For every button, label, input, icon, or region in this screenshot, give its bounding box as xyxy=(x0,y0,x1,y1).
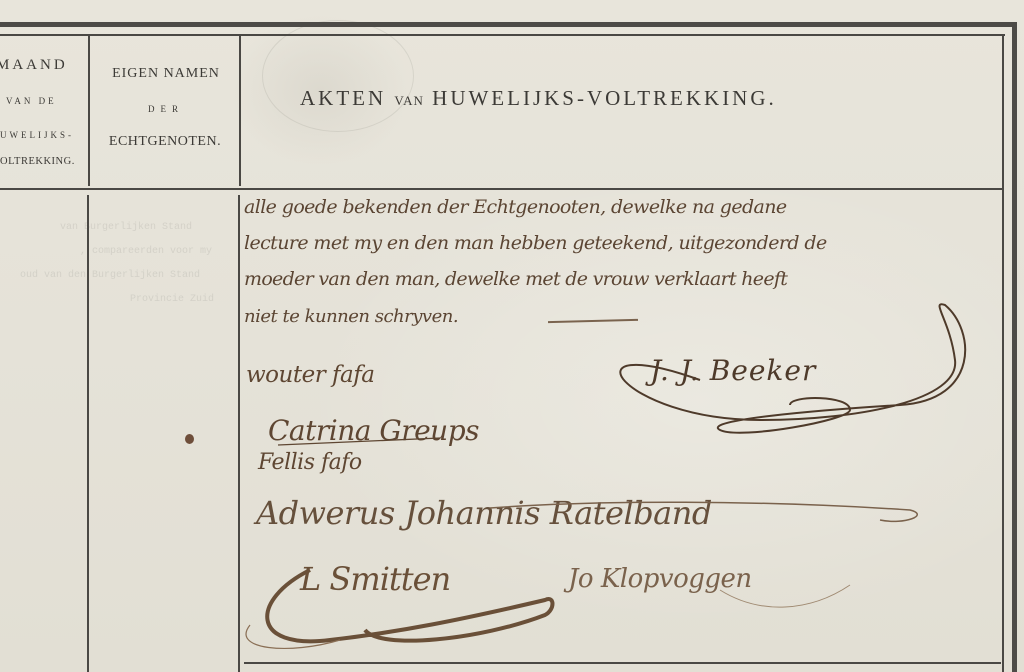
signature-klopvoggen: Jo Klopvoggen xyxy=(568,564,752,594)
bleed-through-text: Provincie Zuid xyxy=(130,294,214,305)
handwritten-line-4: niet te kunnen schryven. xyxy=(244,306,458,327)
column-divider-1-body xyxy=(87,195,89,672)
signature-smitten: L Smitten xyxy=(300,560,450,598)
title-part-akten: AKTEN xyxy=(300,86,386,110)
register-title: AKTEN VAN HUWELIJKS-VOLTREKKING. xyxy=(300,86,940,111)
header-names-line2: DER xyxy=(96,104,236,114)
signature-fellis: Fellis fafo xyxy=(258,450,362,475)
ink-blot xyxy=(185,434,194,444)
column-divider-2-body xyxy=(238,195,240,672)
header-month-line2: VAN DE xyxy=(6,96,86,106)
header-month-line4: OLTREKKING. xyxy=(0,156,88,167)
handwritten-line-2: lecture met my en den man hebben geteeke… xyxy=(244,232,827,254)
entry-bottom-rule xyxy=(244,662,1001,664)
border-top-thick xyxy=(0,22,1016,27)
handwritten-line-3: moeder van den man, dewelke met de vrouw… xyxy=(244,268,787,290)
header-month-line3: UWELIJKS- xyxy=(0,130,88,140)
border-right-thin xyxy=(1002,34,1004,672)
bleed-through-text: , compareerden voor my xyxy=(80,246,212,257)
column-divider-1-header xyxy=(88,36,90,186)
border-top-thin xyxy=(0,34,1005,36)
signature-ratelband: Adwerus Johannis Ratelband xyxy=(256,494,712,532)
title-part-van: VAN xyxy=(394,93,424,108)
handwritten-line-1: alle goede bekenden der Echtgenooten, de… xyxy=(244,196,787,218)
header-divider xyxy=(0,188,1003,190)
border-right-thick xyxy=(1012,22,1017,672)
title-part-huwelijks: HUWELIJKS-VOLTREKKING. xyxy=(432,86,777,110)
faint-stamp-mark xyxy=(262,20,414,132)
bleed-through-text: oud van den Burgerlijken Stand xyxy=(20,270,200,281)
header-month-line1: MAAND xyxy=(0,57,86,74)
header-names-line1: EIGEN NAMEN xyxy=(96,66,236,82)
header-names-line3: ECHTGENOTEN. xyxy=(90,134,240,150)
bleed-through-text: van Burgerlijken Stand xyxy=(60,222,192,233)
column-divider-2-header xyxy=(239,36,241,186)
signature-official-beeker: J. J. Beeker xyxy=(650,354,816,387)
signature-wouter: wouter fafa xyxy=(246,362,374,388)
signature-catrina: Catrina Greups xyxy=(268,414,479,447)
